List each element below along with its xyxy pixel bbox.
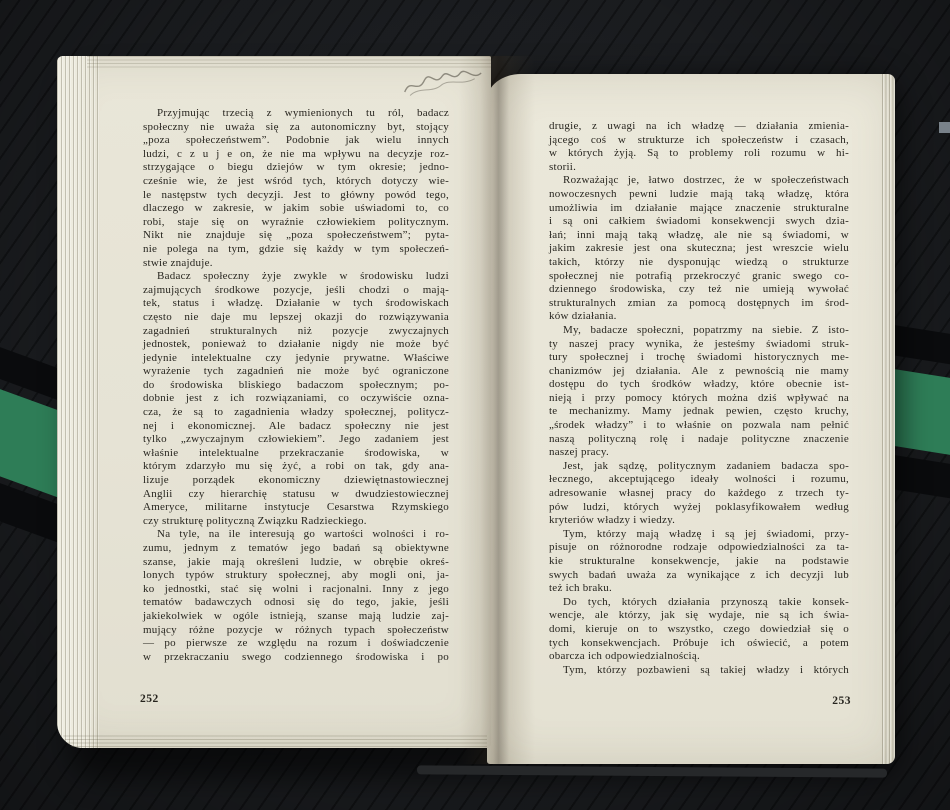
text-line: cześnie wie, że jest wśród tych, których…: [143, 175, 449, 189]
text-line: zajmujących środkowe pozycje, jeśli chod…: [143, 284, 449, 298]
text-line: naszej pracy.: [549, 446, 849, 460]
text-line: swych badań uważa za wynikające z ich de…: [549, 569, 849, 583]
text-line: jącego coś w strukturze ich społeczeństw…: [549, 134, 849, 148]
page-left-bottom-edge-stack: [63, 733, 487, 748]
paragraph: Na tyle, na ile interesują go wartości w…: [143, 528, 449, 664]
text-line: tury społecznej i trochę świadomi histor…: [549, 351, 849, 365]
text-line: łań; inni mają taką władzę, ale nie są ś…: [549, 229, 849, 243]
text-line: łecznego, akceptującego ideały wolności …: [549, 473, 849, 487]
text-line: umożliwia im działanie mające znaczenie …: [549, 202, 849, 216]
text-line: obarcza ich odpowiedzialnością.: [549, 650, 849, 664]
text-line: w których żyją. Są to problemy roli rozu…: [549, 147, 849, 161]
text-line: ko jednostki, stać się wolni i racjonaln…: [143, 583, 449, 597]
paragraph: Jest, jak sądzę, politycznym zadaniem ba…: [549, 460, 849, 528]
text-line: dlaczego w zakresie, w jakim sobie uświa…: [143, 202, 449, 216]
paragraph: drugie, z uwagi na ich władzę — działani…: [549, 120, 849, 174]
page-left: Przyjmując trzecią z wymienionych tu ról…: [57, 56, 491, 748]
text-line: jakiekolwiek w ogóle istnieją, szanse ma…: [143, 610, 449, 624]
page-number-left: 252: [140, 693, 159, 705]
text-line: Badacz społeczny żyje zwykle w środowisk…: [143, 270, 449, 284]
text-line: robi, staje się on wyraźnie człowiekiem …: [143, 216, 449, 230]
text-line: którym zdarzyło mu się żyć, a robi on ta…: [143, 460, 449, 474]
text-line: tylko „zwyczajnym człowiekiem”. Jego zad…: [143, 433, 449, 447]
text-line: Tym, którzy pozbawieni są takiej władzy …: [549, 664, 849, 678]
text-line: jedynie intelektualne czy jedynie prywat…: [143, 352, 449, 366]
text-line: te mechanizmy. Mamy jednak pewien, częst…: [549, 405, 849, 419]
paragraph: Tym, którzy pozbawieni są takiej władzy …: [549, 664, 849, 678]
text-line: Anglii czy hierarchię statusu w dwudzies…: [143, 488, 449, 502]
paragraph: Badacz społeczny żyje zwykle w środowisk…: [143, 270, 449, 528]
text-line: strzygające o biegu dziejów w tym okresi…: [143, 161, 449, 175]
text-line: tek, status i władzę. Działanie w tych ś…: [143, 297, 449, 311]
page-right: drugie, z uwagi na ich władzę — działani…: [487, 74, 895, 764]
page-left-text-block: Przyjmując trzecią z wymienionych tu ról…: [143, 107, 449, 664]
text-line: społeczny nie uważa się za autonomiczny …: [143, 121, 449, 135]
paragraph: Tym, którzy mają władzę i są jej świadom…: [549, 528, 849, 596]
text-line: domi, kieruje on to wszystko, czego dowi…: [549, 623, 849, 637]
text-line: lizuje porządek ekonomiczny dziewiętnast…: [143, 474, 449, 488]
text-line: Nikt nie znajduje się „poza społeczeństw…: [143, 229, 449, 243]
text-line: Tym, którzy mają władzę i są jej świadom…: [549, 528, 849, 542]
text-line: ty naszej pracy wynika, że jesteśmy świa…: [549, 338, 849, 352]
open-book: Przyjmując trzecią z wymienionych tu ról…: [57, 56, 895, 764]
text-line: le następstw tych decyzji. Jest to główn…: [143, 189, 449, 203]
page-number-right: 253: [832, 695, 851, 707]
text-line: Na tyle, na ile interesują go wartości w…: [143, 528, 449, 542]
text-line: cza, że są to zagadnienia władzy społecz…: [143, 406, 449, 420]
text-line: — po pierwsze ze względu na rozum i dośw…: [143, 637, 449, 651]
text-line: też ich braku.: [549, 582, 849, 596]
text-line: właśnie intelektualne przekraczanie środ…: [143, 447, 449, 461]
text-line: szanse, jakie mają określeni ludzie, w o…: [143, 556, 449, 570]
page-right-text-block: drugie, z uwagi na ich władzę — działani…: [549, 120, 849, 677]
text-line: adresowanie własnej pracy do każdego z t…: [549, 487, 849, 501]
text-line: wyrażenie tych zagadnień nie może być og…: [143, 365, 449, 379]
text-line: społecznej nie potrafią przekroczyć gran…: [549, 270, 849, 284]
text-line: stwie znajduje.: [143, 257, 449, 271]
text-line: w przekraczaniu swego codziennego środow…: [143, 651, 449, 665]
paragraph: Rozważając je, łatwo dostrzec, że w społ…: [549, 174, 849, 324]
text-line: zagadnień strukturalnych niż pozycje zwy…: [143, 325, 449, 339]
text-line: zumu, jednym z tematów jego badań są obi…: [143, 542, 449, 556]
text-line: „środek władzy” i to właśnie on pozwala …: [549, 419, 849, 433]
text-line: chanizmów jej działania. Ale z pewnością…: [549, 365, 849, 379]
text-line: tematów badawczych odnosi się do tego, j…: [143, 596, 449, 610]
text-line: jednostek, ponieważ to działanie nigdy n…: [143, 338, 449, 352]
text-line: ludzi, c z u j e on, że nie ma wpływu na…: [143, 148, 449, 162]
text-line: kie strukturalne konsekwencje, jakie na …: [549, 555, 849, 569]
text-line: nej i ekonomicznej. Ale badacz społeczny…: [143, 420, 449, 434]
text-line: pisuje on różnorodne rodzaje odpowiedzia…: [549, 541, 849, 555]
text-line: strukturalnych zmian za pomocą dostępnyc…: [549, 297, 849, 311]
text-line: dziennego środowiska, czy też nie umieją…: [549, 283, 849, 297]
text-line: lonych typów struktury społecznej, aby m…: [143, 569, 449, 583]
text-line: Przyjmując trzecią z wymienionych tu ról…: [143, 107, 449, 121]
text-line: do środowiska bliskiego badaczom społecz…: [143, 379, 449, 393]
text-line: nieją i przy pomocy których można dziś w…: [549, 392, 849, 406]
text-line: dostępu do tych środków władzy, które ob…: [549, 378, 849, 392]
text-line: i są oni całkiem świadomi konsekwencji s…: [549, 215, 849, 229]
text-line: Rozważając je, łatwo dostrzec, że w społ…: [549, 174, 849, 188]
text-line: jakim zakresie jest ona skuteczna; jest …: [549, 242, 849, 256]
text-line: nie polega na tym, gdzie się każdy w tym…: [143, 243, 449, 257]
paragraph: Do tych, których działania przynoszą tak…: [549, 596, 849, 664]
photo-background: { "scene": { "description_colors": { "ba…: [0, 0, 950, 810]
paragraph: My, badacze społeczni, popatrzmy na sieb…: [549, 324, 849, 460]
text-line: pów ludzi, których wyżej poklasyfikowałe…: [549, 501, 849, 515]
text-line: Do tych, których działania przynoszą tak…: [549, 596, 849, 610]
paragraph: Przyjmując trzecią z wymienionych tu ról…: [143, 107, 449, 270]
text-line: My, badacze społeczni, popatrzmy na sieb…: [549, 324, 849, 338]
text-line: mujący różne pozycje w różnych typach sp…: [143, 624, 449, 638]
text-line: często nie daje mu lepszej okazji do roz…: [143, 311, 449, 325]
text-line: Ameryce, militarne instytucje Cesarstwa …: [143, 501, 449, 515]
text-line: wencje, ale którzy, jak się wydaje, nie …: [549, 609, 849, 623]
text-line: takich, którzy nie dysponując wiedzą o s…: [549, 256, 849, 270]
text-line: kryteriów władzy i wiedzy.: [549, 514, 849, 528]
text-line: tych konsekwencjach. Próbuje ich oświeci…: [549, 637, 849, 651]
text-line: nowoczesnych pewni ludzie mają taką wład…: [549, 188, 849, 202]
text-line: „poza społeczeństwem”. Podobnie jak wiel…: [143, 134, 449, 148]
text-line: drugie, z uwagi na ich władzę — działani…: [549, 120, 849, 134]
gray-edge-tab: [939, 122, 950, 133]
text-line: czy strukturę polityczną Związku Radziec…: [143, 515, 449, 529]
text-line: naszą polityczną rolę i nadaje polityczn…: [549, 433, 849, 447]
text-line: ków działania.: [549, 310, 849, 324]
text-line: dobnie jest z ich rozwiązaniami, co oczy…: [143, 392, 449, 406]
text-line: Jest, jak sądzę, politycznym zadaniem ba…: [549, 460, 849, 474]
text-line: storii.: [549, 161, 849, 175]
